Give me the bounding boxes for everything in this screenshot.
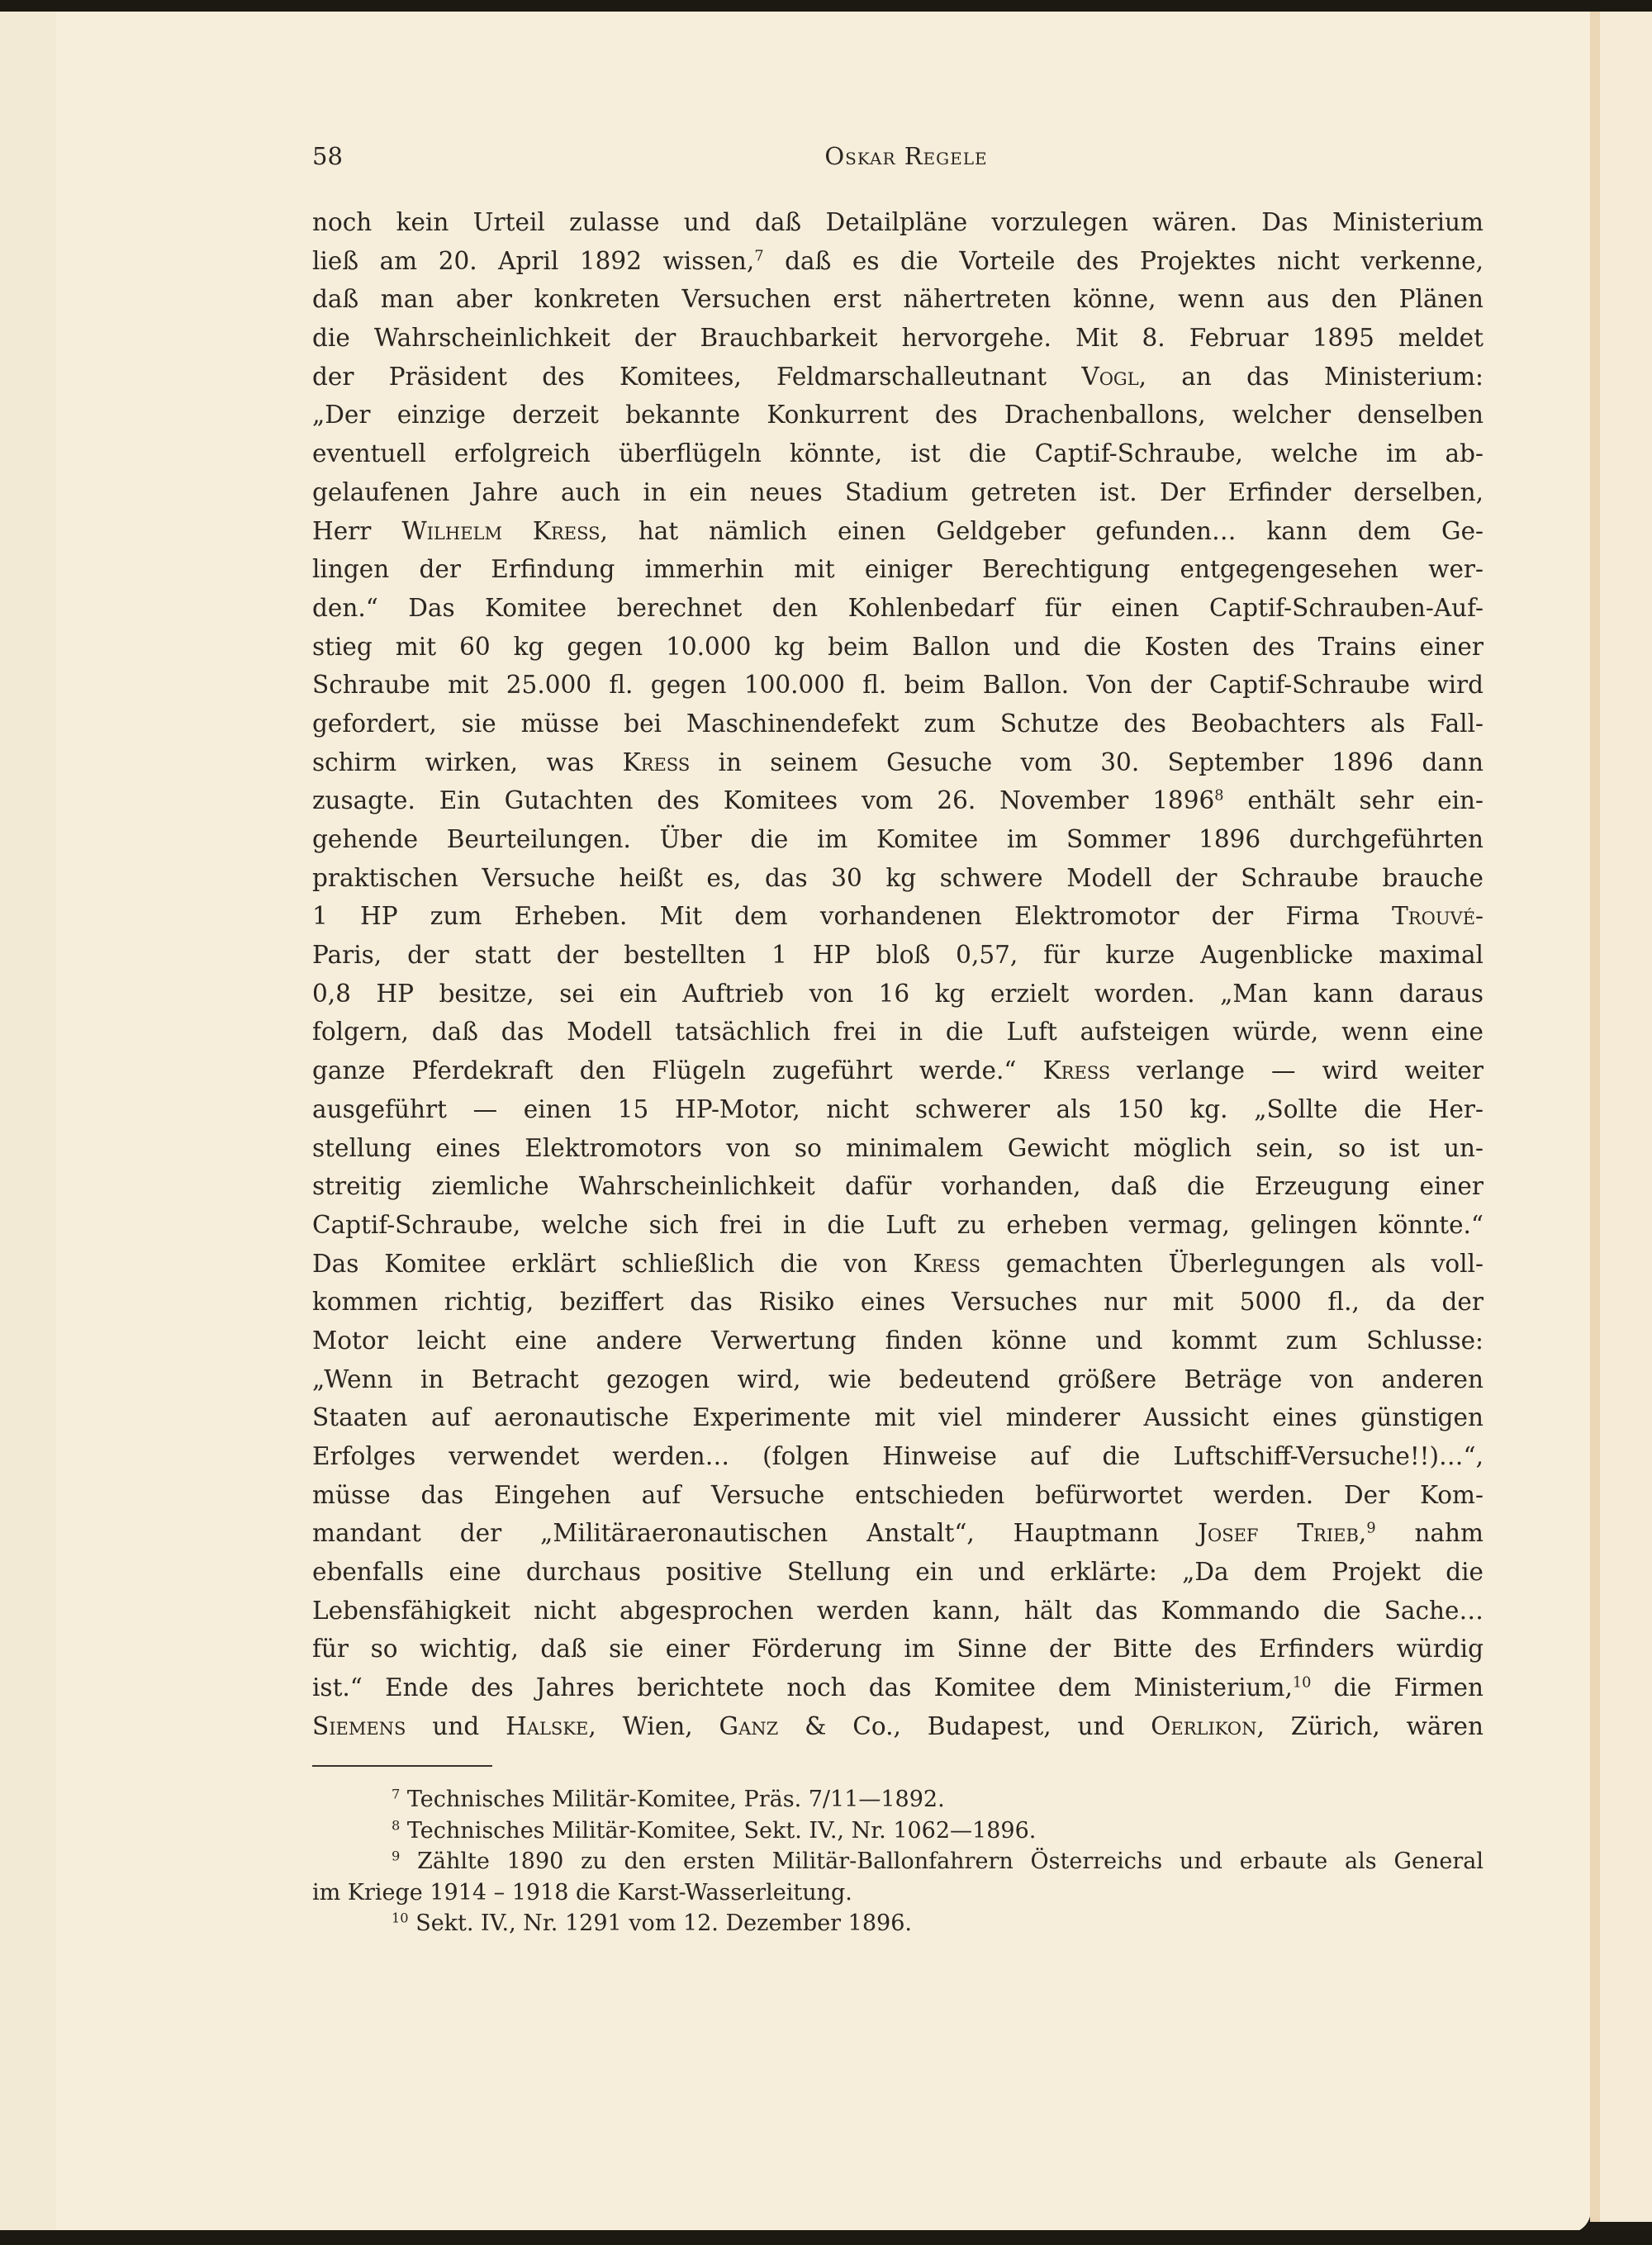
text-line: „Wenn in Betracht gezogen wird, wie bede… [312, 1360, 1483, 1399]
text-line: schirm wirken, was Kress in seinem Gesuc… [312, 743, 1483, 782]
small-caps-name: Trouvé [1392, 902, 1475, 930]
small-caps-name: Kress [533, 517, 601, 545]
text-line: müsse das Eingehen auf Versuche entschie… [312, 1476, 1483, 1515]
text-line: mandant der „Militäraeronautischen Ansta… [312, 1514, 1483, 1553]
footnote-marker: 7 [392, 1786, 400, 1801]
footnote-line: 9 Zählte 1890 zu den ersten Militär-Ball… [312, 1846, 1483, 1877]
text-line: gehende Beurteilungen. Über die im Komit… [312, 820, 1483, 859]
scan-frame-bottom [0, 2230, 1652, 2245]
text-line: ließ am 20. April 1892 wissen,7 daß es d… [312, 242, 1483, 281]
text-line: „Der einzige derzeit bekannte Konkurrent… [312, 396, 1483, 434]
text-line: den.“ Das Komitee berechnet den Kohlenbe… [312, 589, 1483, 628]
footnote-marker: 9 [392, 1848, 400, 1863]
page-header: 58 Oskar Regele [312, 142, 1483, 175]
small-caps-name: Trieb [1297, 1519, 1359, 1547]
text-line: gefordert, sie müsse bei Maschinendefekt… [312, 705, 1483, 743]
text-line: Schraube mit 25.000 fl. gegen 100.000 fl… [312, 666, 1483, 705]
text-line: ist.“ Ende des Jahres berichtete noch da… [312, 1668, 1483, 1707]
text-line: gelaufenen Jahre auch in ein neues Stadi… [312, 473, 1483, 512]
text-line: 1 HP zum Erheben. Mit dem vorhandenen El… [312, 897, 1483, 936]
small-caps-name: Siemens [312, 1712, 406, 1740]
text-line: zusagte. Ein Gutachten des Komitees vom … [312, 781, 1483, 820]
text-line: folgern, daß das Modell tatsächlich frei… [312, 1013, 1483, 1051]
facing-page-edge [1600, 12, 1652, 2222]
text-line: Staaten auf aeronautische Experimente mi… [312, 1398, 1483, 1437]
page-stack-edge [23, 12, 59, 2230]
footnote-reference[interactable]: 7 [754, 248, 763, 264]
text-line: für so wichtig, daß sie einer Förderung … [312, 1630, 1483, 1668]
small-caps-name: Ganz [719, 1712, 779, 1740]
small-caps-name: Josef [1198, 1519, 1258, 1547]
text-line: kommen richtig, beziffert das Risiko ein… [312, 1283, 1483, 1322]
text-line: daß man aber konkreten Versuchen erst nä… [312, 280, 1483, 319]
small-caps-name: Halske [506, 1712, 588, 1740]
small-caps-name: Oerlikon [1151, 1712, 1256, 1740]
text-line: 0,8 HP besitze, sei ein Auftrieb von 16 … [312, 975, 1483, 1013]
small-caps-name: Kress [1043, 1056, 1111, 1085]
footnote-reference[interactable]: 9 [1366, 1521, 1375, 1537]
book-gutter [1590, 12, 1600, 2222]
text-line: ebenfalls eine durchaus positive Stellun… [312, 1553, 1483, 1592]
text-line: Lebensfähigkeit nicht abgesprochen werde… [312, 1592, 1483, 1630]
scan-frame-top [0, 0, 1652, 12]
text-line: ausgeführt — einen 15 HP-Motor, nicht sc… [312, 1090, 1483, 1129]
small-caps-name: Wilhelm [401, 517, 502, 545]
text-line: Erfolges verwendet werden… (folgen Hinwe… [312, 1437, 1483, 1476]
text-line: der Präsident des Komitees, Feldmarschal… [312, 358, 1483, 396]
text-line: noch kein Urteil zulasse und daß Detailp… [312, 203, 1483, 242]
text-line: Das Komitee erklärt schließlich die von … [312, 1245, 1483, 1284]
small-caps-name: Kress [623, 748, 691, 776]
text-line: Herr Wilhelm Kress, hat nämlich einen Ge… [312, 512, 1483, 551]
text-line: stieg mit 60 kg gegen 10.000 kg beim Bal… [312, 628, 1483, 667]
text-line: Paris, der statt der bestellten 1 HP blo… [312, 936, 1483, 975]
footnote-divider [312, 1765, 492, 1767]
footnotes: 7 Technisches Militär-Komitee, Präs. 7/1… [312, 1784, 1483, 1939]
running-head-author: Oskar Regele [312, 142, 1483, 170]
footnote-line: im Kriege 1914 – 1918 die Karst-Wasserle… [312, 1877, 1483, 1909]
footnote-reference[interactable]: 10 [1293, 1675, 1312, 1692]
text-line: praktischen Versuche heißt es, das 30 kg… [312, 859, 1483, 898]
footnote-reference[interactable]: 8 [1214, 788, 1223, 804]
text-line: Siemens und Halske, Wien, Ganz & Co., Bu… [312, 1707, 1483, 1746]
text-line: Captif-Schraube, welche sich frei in die… [312, 1206, 1483, 1245]
small-caps-name: Vogl [1081, 363, 1138, 391]
footnote-line: 8 Technisches Militär-Komitee, Sekt. IV.… [312, 1815, 1483, 1847]
footnote-line: 7 Technisches Militär-Komitee, Präs. 7/1… [312, 1784, 1483, 1815]
text-line: Motor leicht eine andere Verwertung find… [312, 1322, 1483, 1360]
small-caps-name: Kress [913, 1250, 980, 1278]
text-line: die Wahrscheinlichkeit der Brauchbarkeit… [312, 319, 1483, 358]
footnote-marker: 10 [392, 1910, 409, 1925]
footnote-line: 10 Sekt. IV., Nr. 1291 vom 12. Dezember … [312, 1908, 1483, 1939]
text-line: lingen der Erfindung immerhin mit einige… [312, 550, 1483, 589]
text-line: stellung eines Elektromotors von so mini… [312, 1129, 1483, 1168]
text-line: eventuell erfolgreich überflügeln könnte… [312, 434, 1483, 473]
footnote-marker: 8 [392, 1817, 400, 1833]
body-text: noch kein Urteil zulasse und daß Detailp… [312, 203, 1483, 1746]
text-line: streitig ziemliche Wahrscheinlichkeit da… [312, 1167, 1483, 1206]
text-line: ganze Pferdekraft den Flügeln zugeführt … [312, 1051, 1483, 1090]
